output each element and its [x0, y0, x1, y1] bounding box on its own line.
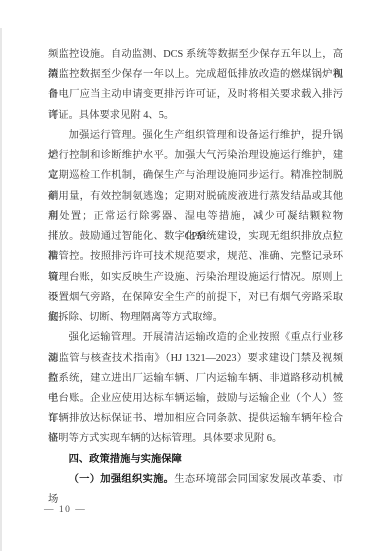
text-line: 频监控数据至少保存一年以上。完成超低排放改造的燃煤锅炉和自 [48, 65, 343, 85]
text-line: 可证。具体要求见附 4、5。 [48, 106, 343, 126]
body-text-segment: 证明等方式实现车辆的达标管理。具体要求见附 6。 [48, 433, 282, 444]
text-line: 管理台账，如实反映生产设施、污染治理设施运行情况。原则上不 [48, 268, 343, 288]
text-line: 排放。鼓励通过智能化、数字化系统建设，实现无组织排放点位精 [48, 227, 343, 247]
document-page: { "page": { "background": "#ffffff", "bo… [0, 0, 390, 551]
text-line: 控系统，建立进出厂运输车辆、厂内运输车辆、非道路移动机械电 [48, 369, 343, 389]
text-line: 四、政策措施与实施保障 [48, 450, 343, 470]
text-line: 备电厂应当主动申请变更排污许可证，及时将相关要求载入排污许 [48, 85, 343, 105]
text-line: 运行控制和诊断维护水平。加强大气污染治理设施运行维护，建立 [48, 146, 343, 166]
text-line: （一）加强组织实施。生态环境部会同国家发展改革委、市场 [48, 470, 343, 490]
text-line: 源监管与核查技术指南》（HJ 1321—2023）要求建设门禁及视频监 [48, 349, 343, 369]
page-number: — 10 — [44, 505, 86, 515]
text-line: 设置烟气旁路，在保障安全生产的前提下，对已有烟气旁路采取彻 [48, 288, 343, 308]
text-line: 子台账。企业应使用达标车辆运输，鼓励与运输企业（个人）签订 [48, 389, 343, 409]
text-line: 准管控。按照排污许可技术规范要求，规范、准确、完整记录环境 [48, 247, 343, 267]
body-text-segment: 底拆除、切断、物理隔离等方式取缔。 [48, 312, 223, 323]
text-block: 频监控设施。自动监测、DCS 系统等数据至少保存五年以上，高清视频监控数据至少保… [48, 45, 343, 490]
text-line: 证明等方式实现车辆的达标管理。具体要求见附 6。 [48, 429, 343, 449]
text-line: 频监控设施。自动监测、DCS 系统等数据至少保存五年以上，高清视 [48, 45, 343, 65]
body-text-segment: 可证。具体要求见附 4、5。 [48, 110, 174, 121]
bold-text-segment: 四、政策措施与实施保障 [69, 454, 182, 465]
text-line: 车辆排放达标保证书、增加相应合同条款、提供运输车辆年检合格 [48, 409, 343, 429]
text-line: 加强运行管理。强化生产组织管理和设备运行维护，提升锅炉 [48, 126, 343, 146]
text-line: 剂用量，有效控制氨逃逸；定期对脱硫废液进行蒸发结晶或其他利 [48, 187, 343, 207]
text-line: 用处置；正常运行除雾器、湿电等措施，减少可凝结颗粒物（CPM） [48, 207, 343, 227]
text-line: 定期巡检工作机制，确保生产与治理设施同步运行。精准控制脱硝 [48, 166, 343, 186]
text-line: 强化运输管理。开展清洁运输改造的企业按照《重点行业移动 [48, 328, 343, 348]
page-scan-edge [0, 28, 2, 551]
bold-text-segment: （一）加强组织实施。 [69, 474, 175, 485]
text-line: 底拆除、切断、物理隔离等方式取缔。 [48, 308, 343, 328]
